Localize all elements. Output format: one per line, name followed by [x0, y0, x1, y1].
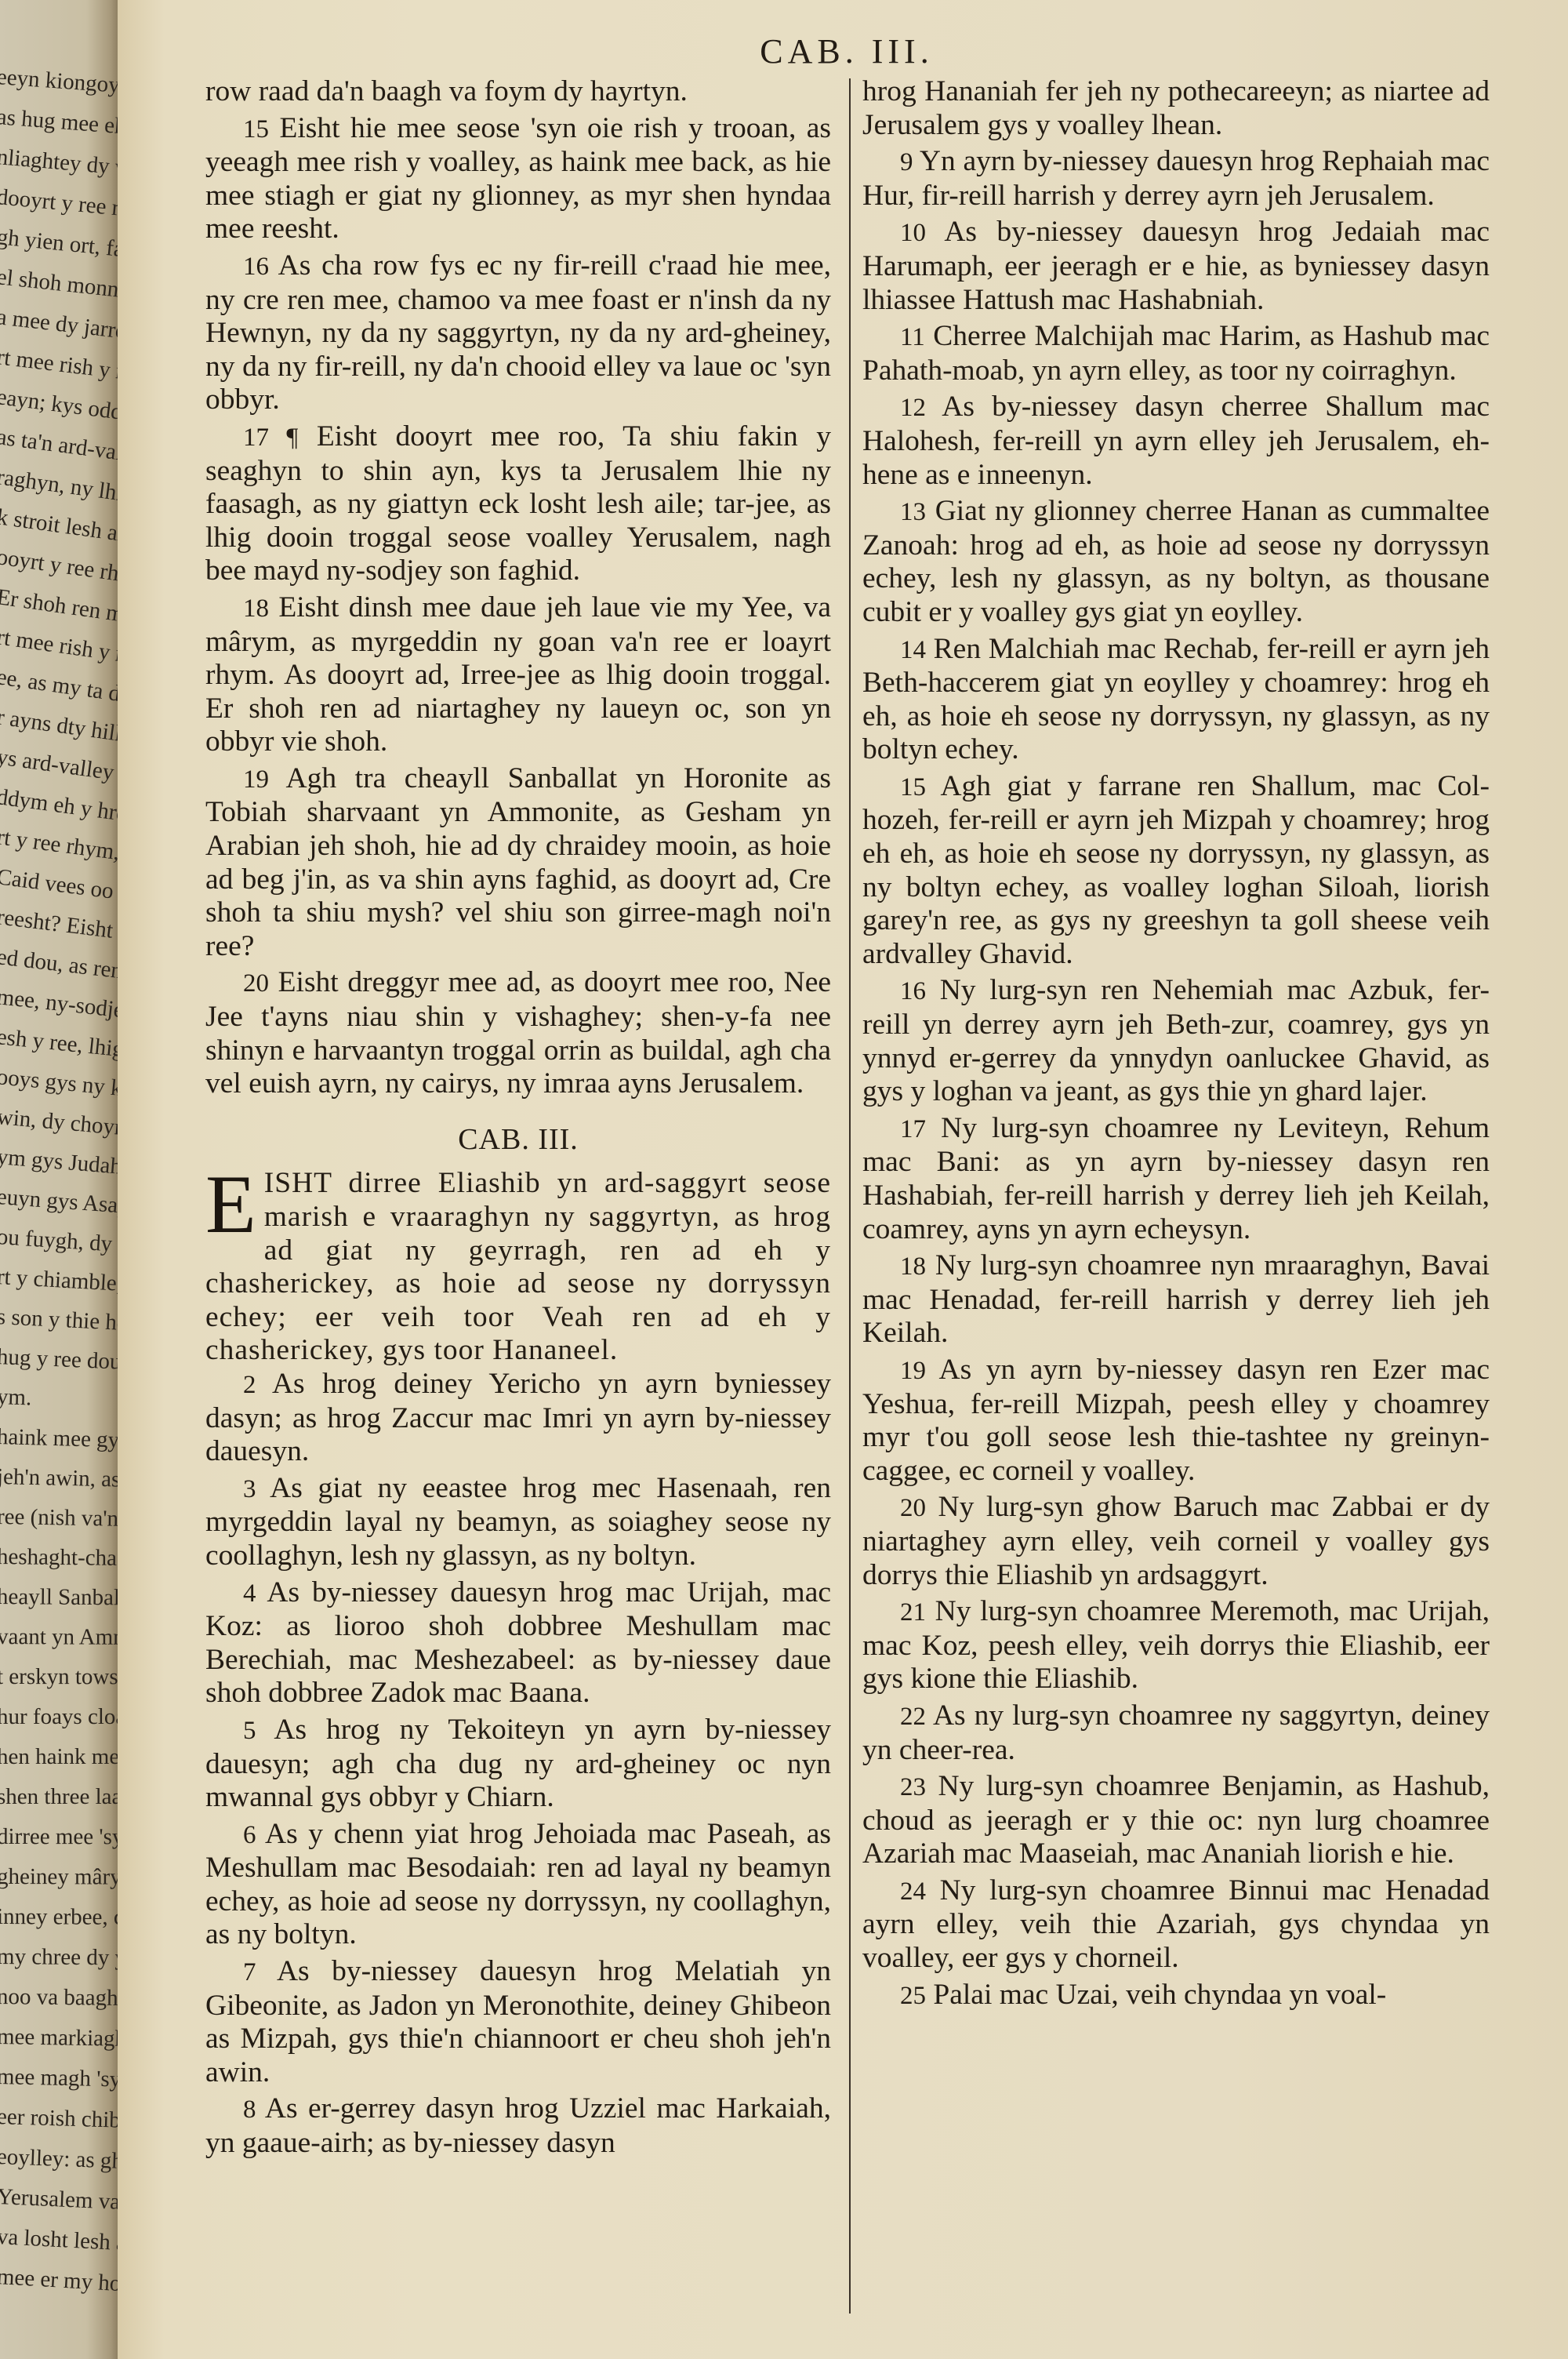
verse-text: As hrog ny Tekoiteyn yn ayrn by-niessey …	[205, 1714, 831, 1813]
verse-text: As giat ny eeastee hrog mec Hasenaah, re…	[205, 1472, 831, 1572]
verse: hrog Hananiah fer jeh ny pothecareeyn; a…	[862, 75, 1490, 142]
facing-page-line: as ta'n ard-valley,	[0, 423, 119, 471]
facing-page-line: heayll Sanballat yn	[0, 1583, 119, 1612]
facing-page-line: heshaght-chaggee,	[0, 1543, 119, 1573]
facing-page-line: esh y ree, lhig dou	[0, 1023, 119, 1067]
facing-page-line: eeyn kiongoyrt rish; a	[0, 63, 119, 105]
verse: 12 As by-niessey dasyn cherree Shallum m…	[862, 391, 1490, 492]
verse: 20 Eisht dreggyr mee ad, as dooyrt mee r…	[205, 966, 831, 1100]
facing-page-line: ou fuygh, dy yann	[0, 1223, 119, 1262]
facing-page-line: r ayns dty hilley	[0, 703, 119, 751]
verse-text: hrog Hananiah fer jeh ny pothecareeyn; a…	[862, 75, 1490, 141]
verse-text: As y chenn yiat hrog Jehoiada mac Paseah…	[205, 1818, 831, 1951]
verse-text: Ren Malchiah mac Rechab, fer-reill er ay…	[862, 633, 1490, 766]
facing-page-line: mee, ny-sodjey,	[0, 983, 119, 1027]
verse-number: 15	[243, 115, 269, 144]
opening-verse-text: ISHT dirree Eliashib yn ard-saggyrt seos…	[205, 1167, 831, 1366]
facing-page-line: eoylley: as ghow mee	[0, 2143, 119, 2178]
chapter-opening-verse: EISHT dirree Eliashib yn ard-saggyrt seo…	[205, 1167, 831, 1368]
facing-page-line: el shoh monney agh	[0, 263, 119, 311]
verse: 22 As ny lurg-syn choamree ny saggyrtyn,…	[862, 1699, 1490, 1767]
facing-page-line: reesht? Eisht ve	[0, 903, 119, 948]
verse-number: 6	[243, 1821, 256, 1849]
verse: 13 Giat ny glionney cherree Hanan as cum…	[862, 495, 1490, 629]
verse: 25 Palai mac Uzai, veih chyndaa yn voal-	[862, 1979, 1490, 2013]
verse-text: Eisht dinsh mee daue jeh laue vie my Yee…	[205, 591, 831, 758]
verse-number: 17 ¶	[243, 423, 298, 452]
verse: row raad da'n baagh va foym dy hayrtyn.	[205, 75, 831, 109]
verse: 24 Ny lurg-syn choamree Binnui mac Henad…	[862, 1874, 1490, 1976]
verse: 10 As by-niessey dauesyn hrog Jedaiah ma…	[862, 216, 1490, 317]
facing-page-line: mee er my hoshiaght	[0, 2263, 119, 2302]
verse-text: As er-gerrey dasyn hrog Uzziel mac Harka…	[205, 2092, 831, 2159]
chapter-verses: 2 As hrog deiney Yericho yn ayrn byniess…	[205, 1368, 831, 2161]
verse-text: Eisht dooyrt mee roo, Ta shiu fakin y se…	[205, 420, 831, 587]
chapter-verses: hrog Hananiah fer jeh ny pothecareeyn; a…	[862, 75, 1490, 2012]
facing-page-line: s son y thie hem	[0, 1303, 119, 1338]
verse-number: 24	[900, 1877, 926, 1906]
verse-number: 10	[900, 219, 926, 247]
facing-page-line: mee magh 'syn oie,	[0, 2063, 119, 2095]
verse-number: 2	[243, 1371, 256, 1399]
verse-text: Ny lurg-syn choamree Meremoth, mac Urija…	[862, 1595, 1490, 1695]
verse-text: Agh tra cheayll Sanballat yn Horonite as…	[205, 762, 831, 962]
verse-number: 3	[243, 1475, 256, 1503]
verse-text: As by-niessey dasyn cherree Shallum mac …	[862, 391, 1490, 490]
verse-number: 7	[243, 1958, 256, 1986]
verse: 17 ¶ Eisht dooyrt mee roo, Ta shiu fakin…	[205, 420, 831, 588]
verse: 4 As by-niessey dauesyn hrog mac Urijah,…	[205, 1576, 831, 1710]
verse: 5 As hrog ny Tekoiteyn yn ayrn by-niesse…	[205, 1714, 831, 1815]
facing-page-line: euyn gys Asaph	[0, 1183, 119, 1221]
verse-text: As yn ayrn by-niessey dasyn ren Ezer mac…	[862, 1354, 1490, 1487]
verse-number: 8	[243, 2095, 256, 2124]
facing-page-line: gheiney mârym, cha	[0, 1863, 119, 1892]
verse-number: 16	[243, 253, 269, 281]
verse: 2 As hrog deiney Yericho yn ayrn byniess…	[205, 1368, 831, 1469]
facing-page-line: Yerusalem va brisht	[0, 2183, 119, 2219]
verse: 16 Ny lurg-syn ren Nehemiah mac Azbuk, f…	[862, 974, 1490, 1108]
facing-page-line: my chree dy yannoo	[0, 1943, 119, 1972]
verse-text: Ny lurg-syn choamree Binnui mac Henadad …	[862, 1874, 1490, 1974]
facing-page-line: eer roish chibbyr y	[0, 2103, 119, 2135]
verse-text: Eisht dreggyr mee ad, as dooyrt mee roo,…	[205, 966, 831, 1100]
verse: 19 As yn ayrn by-niessey dasyn ren Ezer …	[862, 1354, 1490, 1488]
verse-number: 19	[900, 1357, 926, 1385]
verse-text: Palai mac Uzai, veih chyndaa yn voal-	[933, 1979, 1386, 2011]
column-divider	[849, 78, 851, 2314]
verse-number: 22	[900, 1703, 926, 1731]
verse: 19 Agh tra cheayll Sanballat yn Horonite…	[205, 762, 831, 964]
verse-text: Yn ayrn by-niessey dauesyn hrog Rephaiah…	[862, 145, 1490, 212]
verse-number: 16	[900, 977, 926, 1005]
verse-number: 4	[243, 1579, 256, 1608]
chapter-heading: CAB. III.	[205, 1123, 831, 1157]
verse: 7 As by-niessey dauesyn hrog Melatiah yn…	[205, 1955, 831, 2089]
verse-number: 20	[900, 1494, 926, 1522]
verse: 16 As cha row fys ec ny fir-reill c'raad…	[205, 249, 831, 417]
verse: 20 Ny lurg-syn ghow Baruch mac Zabbai er…	[862, 1491, 1490, 1592]
verse-number: 15	[900, 773, 926, 801]
verse-text: row raad da'n baagh va foym dy hayrtyn.	[205, 75, 688, 107]
facing-page-line: k stroit lesh aile?	[0, 503, 119, 551]
verse-text: Giat ny glionney cherree Hanan as cummal…	[862, 495, 1490, 628]
facing-page-line: mee markiagh er.	[0, 2023, 119, 2053]
verse: 15 Agh giat y farrane ren Shallum, mac C…	[862, 770, 1490, 972]
verse-text: Ny lurg-syn choamree nyn mraaraghyn, Bav…	[862, 1249, 1490, 1349]
verse: 17 Ny lurg-syn choamree ny Leviteyn, Reh…	[862, 1112, 1490, 1246]
facing-page-line: inney erbee, cre va	[0, 1903, 119, 1932]
verse: 8 As er-gerrey dasyn hrog Uzziel mac Har…	[205, 2092, 831, 2160]
facing-page-line: rt y ree rhym, (ne	[0, 823, 119, 871]
running-head: CAB. III.	[690, 31, 1004, 71]
facing-page-line: va losht lesh aile.	[0, 2223, 119, 2259]
verse-text: As by-niessey dauesyn hrog mac Urijah, m…	[205, 1576, 831, 1710]
verse: 3 As giat ny eeastee hrog mec Hasenaah, …	[205, 1472, 831, 1573]
verse-text: Ny lurg-syn ren Nehemiah mac Azbuk, fer-…	[862, 974, 1490, 1107]
facing-page-line: jeh'n awin, as ferr	[0, 1463, 119, 1495]
pre-chapter-verses: row raad da'n baagh va foym dy hayrtyn.1…	[205, 75, 831, 1101]
verse-text: As cha row fys ec ny fir-reill c'raad hi…	[205, 249, 831, 416]
verse: 21 Ny lurg-syn choamree Meremoth, mac Ur…	[862, 1595, 1490, 1696]
verse-text: Ny lurg-syn ghow Baruch mac Zabbai er dy…	[862, 1491, 1490, 1590]
verse-text: Ny lurg-syn choamree Benjamin, as Hashub…	[862, 1770, 1490, 1870]
verse-text: Eisht hie mee seose 'syn oie rish y troo…	[205, 112, 831, 245]
facing-page-fragment: eeyn kiongoyrt rish; aas hug mee eh da'n…	[0, 0, 119, 2359]
verse-number: 11	[900, 323, 925, 351]
verse-number: 21	[900, 1598, 926, 1627]
verse-text: As ny lurg-syn choamree ny saggyrtyn, de…	[862, 1699, 1490, 1766]
facing-page-line: shen three laa.	[0, 1783, 119, 1811]
facing-page-line: ed dou, as ren mee	[0, 943, 119, 990]
verse-text: Ny lurg-syn choamree ny Leviteyn, Rehum …	[862, 1112, 1490, 1245]
left-column: row raad da'n baagh va foym dy hayrtyn.1…	[205, 75, 831, 2164]
verse-text: Cherree Malchijah mac Harim, as Hashub m…	[862, 320, 1490, 387]
verse-number: 12	[900, 394, 926, 422]
facing-page-line: as hug mee eh da'n re	[0, 103, 119, 146]
facing-page-line: t erskyn towse, dy	[0, 1663, 119, 1691]
verse-text: As hrog deiney Yericho yn ayrn byniessey…	[205, 1368, 831, 1467]
verse-text: As by-niessey dauesyn hrog Melatiah yn G…	[205, 1955, 831, 2088]
facing-page-line: dirree mee 'syn oie,	[0, 1823, 119, 1851]
verse-number: 5	[243, 1717, 256, 1745]
facing-page-line: vaant yn Ammonite	[0, 1623, 119, 1652]
facing-page-line: ee, as my ta dy	[0, 663, 119, 710]
facing-page-line: haink mee gys ny	[0, 1423, 119, 1456]
facing-page-line: rt y chiamble, as m	[0, 1263, 119, 1300]
facing-page-line: ym.	[0, 1383, 32, 1412]
verse-number: 23	[900, 1773, 926, 1801]
facing-page-line: win, dy choyrt	[0, 1103, 119, 1143]
facing-page-line: ree (nish va'n re	[0, 1503, 119, 1533]
verse-number: 9	[900, 148, 913, 176]
verse-number: 18	[243, 594, 269, 623]
verse-number: 25	[900, 1982, 926, 2010]
verse-number: 20	[243, 969, 269, 998]
verse-text: As by-niessey dauesyn hrog Jedaiah mac H…	[862, 216, 1490, 315]
verse-text: Agh giat y farrane ren Shallum, mac Col-…	[862, 770, 1490, 970]
verse-number: 19	[243, 765, 269, 794]
verse: 9 Yn ayrn by-niessey dauesyn hrog Rephai…	[862, 145, 1490, 213]
right-column: hrog Hananiah fer jeh ny pothecareeyn; a…	[862, 75, 1490, 2016]
facing-page-line: nliaghtey dy ve trimshey	[0, 143, 119, 190]
drop-cap: E	[205, 1172, 256, 1238]
verse-number: 18	[900, 1252, 926, 1281]
verse-number: 17	[900, 1115, 926, 1143]
verse: 23 Ny lurg-syn choamree Benjamin, as Has…	[862, 1770, 1490, 1871]
facing-page-line: noo va baagh erbee	[0, 1983, 119, 2013]
facing-page-line: ym gys Judah;	[0, 1143, 119, 1181]
verse: 6 As y chenn yiat hrog Jehoiada mac Pase…	[205, 1818, 831, 1952]
facing-page-line: hur foays cloan Isr	[0, 1703, 119, 1731]
facing-page-line: rt mee rish y ree, I	[0, 343, 119, 391]
facing-page-line: dooyrt y ree rhym, (	[0, 183, 119, 227]
verse-number: 13	[900, 498, 926, 526]
facing-page-line: hen haink mee gys Je	[0, 1743, 119, 1771]
verse: 15 Eisht hie mee seose 'syn oie rish y t…	[205, 112, 831, 246]
facing-page-line: Caid vees oo er	[0, 863, 119, 908]
verse: 18 Ny lurg-syn choamree nyn mraaraghyn, …	[862, 1249, 1490, 1350]
facing-page-line: ooys gys ny k	[0, 1063, 119, 1103]
verse: 14 Ren Malchiah mac Rechab, fer-reill er…	[862, 633, 1490, 767]
verse-number: 14	[900, 636, 926, 664]
verse: 11 Cherree Malchijah mac Harim, as Hashu…	[862, 320, 1490, 387]
facing-page-line: hug y ree dou, my	[0, 1343, 119, 1378]
verse: 18 Eisht dinsh mee daue jeh laue vie my …	[205, 591, 831, 759]
